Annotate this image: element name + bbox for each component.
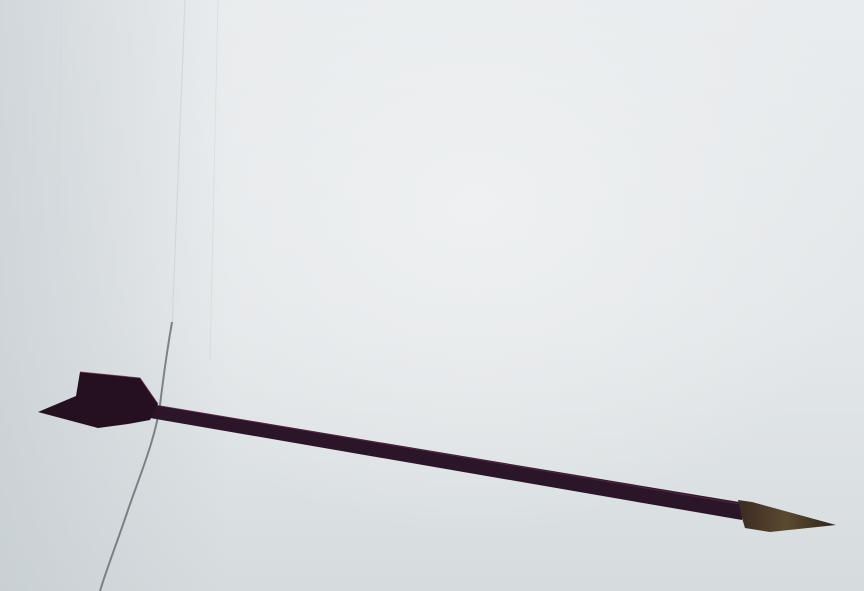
photo-scene [0,0,864,591]
arrow-illustration [0,0,864,591]
wall-streak [58,0,62,260]
wall-streak [172,0,185,330]
wall-streak [210,0,218,360]
arrow-fletching [38,372,158,428]
arrow-shaft [150,404,745,520]
crack-line [100,322,172,591]
arrowhead [738,500,836,532]
shaft-highlight [155,405,740,504]
